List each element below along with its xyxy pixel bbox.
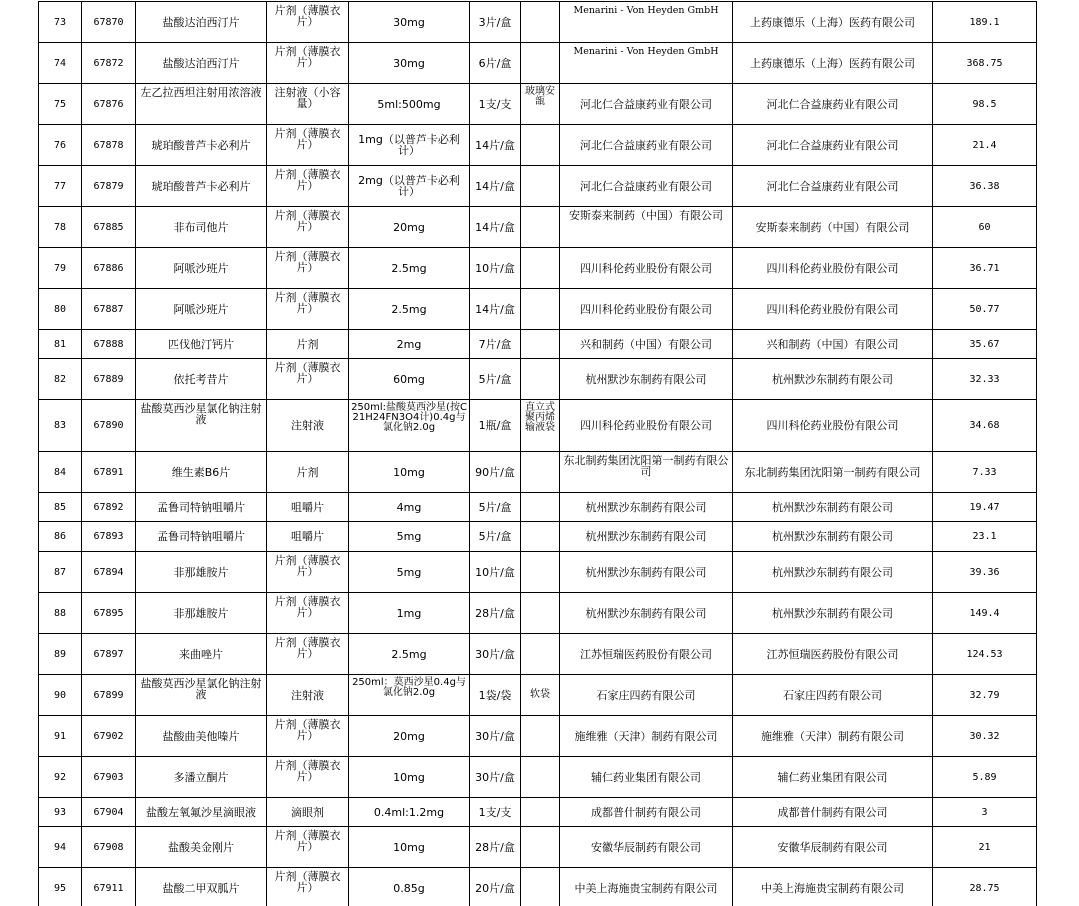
cell-package: 5片/盒 <box>470 493 521 522</box>
cell-drug-code: 67889 <box>82 359 136 400</box>
table-row: 8567892孟鲁司特钠咀嚼片咀嚼片4mg5片/盒杭州默沙东制药有限公司杭州默沙… <box>39 493 1037 522</box>
cell-package-material <box>521 452 560 493</box>
cell-manufacturer: 河北仁合益康药业有限公司 <box>733 166 933 207</box>
table-row: 8367890盐酸莫西沙星氯化钠注射液注射液250ml:盐酸莫西沙星(按C21H… <box>39 400 1037 452</box>
table-row: 9467908盐酸美金刚片片剂（薄膜衣片）10mg28片/盒安徽华辰制药有限公司… <box>39 827 1037 868</box>
cell-drug-name: 左乙拉西坦注射用浓溶液 <box>136 84 267 125</box>
cell-package: 14片/盒 <box>470 207 521 248</box>
cell-row-number: 91 <box>39 716 82 757</box>
cell-specification: 30mg <box>349 2 470 43</box>
cell-dosage-form: 片剂（薄膜衣片） <box>267 359 349 400</box>
cell-manufacturer: 安徽华辰制药有限公司 <box>733 827 933 868</box>
cell-drug-code: 67894 <box>82 552 136 593</box>
cell-price: 21.4 <box>933 125 1037 166</box>
table-row: 7767879琥珀酸普芦卡必利片片剂（薄膜衣片）2mg（以普芦卡必利计）14片/… <box>39 166 1037 207</box>
cell-package-material <box>521 359 560 400</box>
cell-price: 23.1 <box>933 522 1037 552</box>
cell-specification: 2.5mg <box>349 289 470 330</box>
cell-row-number: 89 <box>39 634 82 675</box>
cell-dosage-form: 咀嚼片 <box>267 522 349 552</box>
cell-row-number: 94 <box>39 827 82 868</box>
cell-package-material: 软袋 <box>521 675 560 716</box>
cell-package: 10片/盒 <box>470 552 521 593</box>
table-row: 8267889依托考昔片片剂（薄膜衣片）60mg5片/盒杭州默沙东制药有限公司杭… <box>39 359 1037 400</box>
cell-drug-code: 67902 <box>82 716 136 757</box>
cell-package-material <box>521 248 560 289</box>
cell-drug-name: 盐酸美金刚片 <box>136 827 267 868</box>
cell-drug-code: 67886 <box>82 248 136 289</box>
cell-specification: 1mg（以普芦卡必利计） <box>349 125 470 166</box>
cell-manufacturer: 兴和制药（中国）有限公司 <box>733 330 933 359</box>
cell-applicant-company: 四川科伦药业股份有限公司 <box>560 400 733 452</box>
cell-drug-name: 孟鲁司特钠咀嚼片 <box>136 522 267 552</box>
cell-drug-code: 67872 <box>82 43 136 84</box>
table-row: 7367870盐酸达泊西汀片片剂（薄膜衣片）30mg3片/盒Menarini -… <box>39 2 1037 43</box>
cell-specification: 250ml：莫西沙星0.4g与氯化钠2.0g <box>349 675 470 716</box>
cell-price: 19.47 <box>933 493 1037 522</box>
cell-package-material <box>521 868 560 906</box>
table-row: 8767894非那雄胺片片剂（薄膜衣片）5mg10片/盒杭州默沙东制药有限公司杭… <box>39 552 1037 593</box>
cell-manufacturer: 杭州默沙东制药有限公司 <box>733 552 933 593</box>
cell-package-material <box>521 2 560 43</box>
cell-row-number: 93 <box>39 798 82 827</box>
cell-row-number: 77 <box>39 166 82 207</box>
cell-dosage-form: 片剂（薄膜衣片） <box>267 2 349 43</box>
cell-row-number: 78 <box>39 207 82 248</box>
cell-drug-code: 67887 <box>82 289 136 330</box>
cell-dosage-form: 片剂（薄膜衣片） <box>267 207 349 248</box>
cell-applicant-company: 石家庄四药有限公司 <box>560 675 733 716</box>
cell-package-material: 玻璃安瓿 <box>521 84 560 125</box>
cell-applicant-company: 杭州默沙东制药有限公司 <box>560 593 733 634</box>
cell-specification: 60mg <box>349 359 470 400</box>
cell-drug-name: 阿哌沙班片 <box>136 248 267 289</box>
cell-drug-name: 多潘立酮片 <box>136 757 267 798</box>
cell-row-number: 85 <box>39 493 82 522</box>
cell-drug-code: 67885 <box>82 207 136 248</box>
cell-drug-name: 维生素B6片 <box>136 452 267 493</box>
cell-package-material <box>521 522 560 552</box>
cell-dosage-form: 咀嚼片 <box>267 493 349 522</box>
cell-drug-code: 67890 <box>82 400 136 452</box>
cell-specification: 20mg <box>349 716 470 757</box>
cell-row-number: 95 <box>39 868 82 906</box>
table-row: 7567876左乙拉西坦注射用浓溶液注射液（小容量）5ml:500mg1支/支玻… <box>39 84 1037 125</box>
cell-specification: 5ml:500mg <box>349 84 470 125</box>
cell-manufacturer: 上药康德乐（上海）医药有限公司 <box>733 43 933 84</box>
cell-package-material <box>521 757 560 798</box>
cell-row-number: 87 <box>39 552 82 593</box>
cell-dosage-form: 片剂（薄膜衣片） <box>267 757 349 798</box>
cell-manufacturer: 河北仁合益康药业有限公司 <box>733 84 933 125</box>
cell-applicant-company: 成都普什制药有限公司 <box>560 798 733 827</box>
cell-specification: 2.5mg <box>349 634 470 675</box>
cell-dosage-form: 注射液 <box>267 400 349 452</box>
cell-price: 7.33 <box>933 452 1037 493</box>
table-row: 9567911盐酸二甲双胍片片剂（薄膜衣片）0.85g20片/盒中美上海施贵宝制… <box>39 868 1037 906</box>
table-row: 7467872盐酸达泊西汀片片剂（薄膜衣片）30mg6片/盒Menarini -… <box>39 43 1037 84</box>
cell-dosage-form: 片剂（薄膜衣片） <box>267 827 349 868</box>
cell-row-number: 79 <box>39 248 82 289</box>
cell-package: 14片/盒 <box>470 125 521 166</box>
table-row: 8867895非那雄胺片片剂（薄膜衣片）1mg28片/盒杭州默沙东制药有限公司杭… <box>39 593 1037 634</box>
cell-applicant-company: 江苏恒瑞医药股份有限公司 <box>560 634 733 675</box>
cell-dosage-form: 滴眼剂 <box>267 798 349 827</box>
cell-manufacturer: 杭州默沙东制药有限公司 <box>733 522 933 552</box>
cell-specification: 4mg <box>349 493 470 522</box>
cell-price: 60 <box>933 207 1037 248</box>
cell-applicant-company: 四川科伦药业股份有限公司 <box>560 248 733 289</box>
cell-package-material <box>521 593 560 634</box>
cell-price: 368.75 <box>933 43 1037 84</box>
cell-row-number: 92 <box>39 757 82 798</box>
table-row: 8967897来曲唑片片剂（薄膜衣片）2.5mg30片/盒江苏恒瑞医药股份有限公… <box>39 634 1037 675</box>
cell-price: 39.36 <box>933 552 1037 593</box>
cell-manufacturer: 杭州默沙东制药有限公司 <box>733 493 933 522</box>
cell-drug-code: 67893 <box>82 522 136 552</box>
cell-applicant-company: 河北仁合益康药业有限公司 <box>560 166 733 207</box>
cell-manufacturer: 河北仁合益康药业有限公司 <box>733 125 933 166</box>
cell-drug-code: 67879 <box>82 166 136 207</box>
cell-package-material <box>521 125 560 166</box>
cell-package: 14片/盒 <box>470 166 521 207</box>
cell-dosage-form: 片剂 <box>267 330 349 359</box>
cell-price: 5.89 <box>933 757 1037 798</box>
cell-price: 32.33 <box>933 359 1037 400</box>
table-row: 9267903多潘立酮片片剂（薄膜衣片）10mg30片/盒辅仁药业集团有限公司辅… <box>39 757 1037 798</box>
cell-package: 10片/盒 <box>470 248 521 289</box>
cell-dosage-form: 片剂（薄膜衣片） <box>267 716 349 757</box>
cell-specification: 10mg <box>349 827 470 868</box>
cell-drug-code: 67897 <box>82 634 136 675</box>
cell-row-number: 83 <box>39 400 82 452</box>
cell-drug-code: 67908 <box>82 827 136 868</box>
table-row: 7967886阿哌沙班片片剂（薄膜衣片）2.5mg10片/盒四川科伦药业股份有限… <box>39 248 1037 289</box>
cell-price: 98.5 <box>933 84 1037 125</box>
cell-manufacturer: 施维雅（天津）制药有限公司 <box>733 716 933 757</box>
cell-drug-name: 阿哌沙班片 <box>136 289 267 330</box>
cell-price: 36.38 <box>933 166 1037 207</box>
cell-row-number: 73 <box>39 2 82 43</box>
cell-specification: 5mg <box>349 552 470 593</box>
cell-applicant-company: 东北制药集团沈阳第一制药有限公司 <box>560 452 733 493</box>
cell-applicant-company: 杭州默沙东制药有限公司 <box>560 522 733 552</box>
table-row: 8067887阿哌沙班片片剂（薄膜衣片）2.5mg14片/盒四川科伦药业股份有限… <box>39 289 1037 330</box>
cell-specification: 2mg <box>349 330 470 359</box>
cell-manufacturer: 成都普什制药有限公司 <box>733 798 933 827</box>
cell-package-material <box>521 827 560 868</box>
drug-price-table: 7367870盐酸达泊西汀片片剂（薄膜衣片）30mg3片/盒Menarini -… <box>38 1 1037 906</box>
cell-applicant-company: 安徽华辰制药有限公司 <box>560 827 733 868</box>
cell-drug-name: 盐酸达泊西汀片 <box>136 43 267 84</box>
cell-manufacturer: 东北制药集团沈阳第一制药有限公司 <box>733 452 933 493</box>
cell-package-material <box>521 798 560 827</box>
cell-price: 28.75 <box>933 868 1037 906</box>
table-row: 9167902盐酸曲美他嗪片片剂（薄膜衣片）20mg30片/盒施维雅（天津）制药… <box>39 716 1037 757</box>
cell-manufacturer: 江苏恒瑞医药股份有限公司 <box>733 634 933 675</box>
cell-price: 36.71 <box>933 248 1037 289</box>
cell-applicant-company: 辅仁药业集团有限公司 <box>560 757 733 798</box>
cell-drug-name: 孟鲁司特钠咀嚼片 <box>136 493 267 522</box>
cell-applicant-company: 四川科伦药业股份有限公司 <box>560 289 733 330</box>
cell-row-number: 81 <box>39 330 82 359</box>
cell-package: 1支/支 <box>470 798 521 827</box>
cell-price: 124.53 <box>933 634 1037 675</box>
cell-package: 28片/盒 <box>470 827 521 868</box>
cell-drug-name: 来曲唑片 <box>136 634 267 675</box>
cell-drug-name: 盐酸达泊西汀片 <box>136 2 267 43</box>
cell-package-material <box>521 552 560 593</box>
cell-package: 1瓶/盒 <box>470 400 521 452</box>
cell-drug-name: 琥珀酸普芦卡必利片 <box>136 125 267 166</box>
cell-package: 30片/盒 <box>470 634 521 675</box>
cell-applicant-company: 兴和制药（中国）有限公司 <box>560 330 733 359</box>
cell-manufacturer: 四川科伦药业股份有限公司 <box>733 400 933 452</box>
cell-price: 32.79 <box>933 675 1037 716</box>
cell-applicant-company: 河北仁合益康药业有限公司 <box>560 125 733 166</box>
table-row: 7867885非布司他片片剂（薄膜衣片）20mg14片/盒安斯泰来制药（中国）有… <box>39 207 1037 248</box>
cell-drug-code: 67878 <box>82 125 136 166</box>
cell-package-material <box>521 289 560 330</box>
cell-price: 189.1 <box>933 2 1037 43</box>
cell-specification: 250ml:盐酸莫西沙星(按C21H24FN3O4计)0.4g与氯化钠2.0g <box>349 400 470 452</box>
cell-manufacturer: 石家庄四药有限公司 <box>733 675 933 716</box>
cell-package: 1支/支 <box>470 84 521 125</box>
cell-package: 6片/盒 <box>470 43 521 84</box>
cell-dosage-form: 片剂 <box>267 452 349 493</box>
cell-manufacturer: 辅仁药业集团有限公司 <box>733 757 933 798</box>
cell-price: 30.32 <box>933 716 1037 757</box>
cell-applicant-company: 施维雅（天津）制药有限公司 <box>560 716 733 757</box>
cell-drug-name: 非那雄胺片 <box>136 552 267 593</box>
cell-specification: 5mg <box>349 522 470 552</box>
cell-package: 30片/盒 <box>470 716 521 757</box>
cell-package: 5片/盒 <box>470 522 521 552</box>
cell-dosage-form: 片剂（薄膜衣片） <box>267 248 349 289</box>
cell-package: 20片/盒 <box>470 868 521 906</box>
cell-manufacturer: 安斯泰来制药（中国）有限公司 <box>733 207 933 248</box>
cell-specification: 2mg（以普芦卡必利计） <box>349 166 470 207</box>
cell-drug-code: 67899 <box>82 675 136 716</box>
cell-package-material <box>521 207 560 248</box>
cell-package: 28片/盒 <box>470 593 521 634</box>
cell-package: 30片/盒 <box>470 757 521 798</box>
cell-drug-name: 盐酸二甲双胍片 <box>136 868 267 906</box>
cell-row-number: 84 <box>39 452 82 493</box>
cell-drug-code: 67892 <box>82 493 136 522</box>
table-row: 9367904盐酸左氧氟沙星滴眼液滴眼剂0.4ml:1.2mg1支/支成都普什制… <box>39 798 1037 827</box>
table-row: 8467891维生素B6片片剂10mg90片/盒东北制药集团沈阳第一制药有限公司… <box>39 452 1037 493</box>
cell-dosage-form: 片剂（薄膜衣片） <box>267 43 349 84</box>
cell-drug-code: 67911 <box>82 868 136 906</box>
cell-specification: 0.85g <box>349 868 470 906</box>
table-row: 9067899盐酸莫西沙星氯化钠注射液注射液250ml：莫西沙星0.4g与氯化钠… <box>39 675 1037 716</box>
cell-package: 90片/盒 <box>470 452 521 493</box>
cell-manufacturer: 四川科伦药业股份有限公司 <box>733 248 933 289</box>
cell-dosage-form: 注射液（小容量） <box>267 84 349 125</box>
cell-price: 35.67 <box>933 330 1037 359</box>
cell-applicant-company: 杭州默沙东制药有限公司 <box>560 359 733 400</box>
cell-row-number: 80 <box>39 289 82 330</box>
cell-drug-name: 匹伐他汀钙片 <box>136 330 267 359</box>
cell-package-material <box>521 43 560 84</box>
cell-dosage-form: 片剂（薄膜衣片） <box>267 289 349 330</box>
cell-package-material <box>521 634 560 675</box>
cell-drug-name: 依托考昔片 <box>136 359 267 400</box>
cell-drug-code: 67903 <box>82 757 136 798</box>
cell-drug-code: 67904 <box>82 798 136 827</box>
cell-applicant-company: 安斯泰来制药（中国）有限公司 <box>560 207 733 248</box>
cell-row-number: 88 <box>39 593 82 634</box>
cell-package: 5片/盒 <box>470 359 521 400</box>
cell-package: 1袋/袋 <box>470 675 521 716</box>
cell-row-number: 74 <box>39 43 82 84</box>
cell-applicant-company: 河北仁合益康药业有限公司 <box>560 84 733 125</box>
cell-price: 34.68 <box>933 400 1037 452</box>
table-body: 7367870盐酸达泊西汀片片剂（薄膜衣片）30mg3片/盒Menarini -… <box>39 2 1037 906</box>
cell-drug-name: 非布司他片 <box>136 207 267 248</box>
cell-specification: 20mg <box>349 207 470 248</box>
cell-dosage-form: 片剂（薄膜衣片） <box>267 634 349 675</box>
cell-row-number: 76 <box>39 125 82 166</box>
cell-specification: 10mg <box>349 757 470 798</box>
cell-applicant-company: 中美上海施贵宝制药有限公司 <box>560 868 733 906</box>
cell-manufacturer: 四川科伦药业股份有限公司 <box>733 289 933 330</box>
cell-price: 3 <box>933 798 1037 827</box>
table-row: 7667878琥珀酸普芦卡必利片片剂（薄膜衣片）1mg（以普芦卡必利计）14片/… <box>39 125 1037 166</box>
cell-applicant-company: 杭州默沙东制药有限公司 <box>560 493 733 522</box>
cell-drug-code: 67876 <box>82 84 136 125</box>
cell-applicant-company: 杭州默沙东制药有限公司 <box>560 552 733 593</box>
cell-specification: 1mg <box>349 593 470 634</box>
cell-package-material <box>521 716 560 757</box>
cell-drug-name: 琥珀酸普芦卡必利片 <box>136 166 267 207</box>
table-row: 8667893孟鲁司特钠咀嚼片咀嚼片5mg5片/盒杭州默沙东制药有限公司杭州默沙… <box>39 522 1037 552</box>
cell-row-number: 90 <box>39 675 82 716</box>
cell-manufacturer: 上药康德乐（上海）医药有限公司 <box>733 2 933 43</box>
cell-drug-code: 67888 <box>82 330 136 359</box>
cell-row-number: 82 <box>39 359 82 400</box>
cell-drug-name: 非那雄胺片 <box>136 593 267 634</box>
cell-package: 7片/盒 <box>470 330 521 359</box>
cell-package-material <box>521 493 560 522</box>
cell-manufacturer: 杭州默沙东制药有限公司 <box>733 593 933 634</box>
cell-dosage-form: 片剂（薄膜衣片） <box>267 552 349 593</box>
cell-specification: 30mg <box>349 43 470 84</box>
cell-package-material <box>521 330 560 359</box>
cell-drug-code: 67895 <box>82 593 136 634</box>
cell-drug-name: 盐酸曲美他嗪片 <box>136 716 267 757</box>
cell-drug-code: 67870 <box>82 2 136 43</box>
cell-drug-name: 盐酸莫西沙星氯化钠注射液 <box>136 400 267 452</box>
cell-price: 50.77 <box>933 289 1037 330</box>
cell-price: 149.4 <box>933 593 1037 634</box>
cell-manufacturer: 中美上海施贵宝制药有限公司 <box>733 868 933 906</box>
cell-dosage-form: 片剂（薄膜衣片） <box>267 868 349 906</box>
cell-applicant-company: Menarini - Von Heyden GmbH <box>560 43 733 84</box>
cell-dosage-form: 注射液 <box>267 675 349 716</box>
cell-dosage-form: 片剂（薄膜衣片） <box>267 166 349 207</box>
cell-price: 21 <box>933 827 1037 868</box>
cell-applicant-company: Menarini - Von Heyden GmbH <box>560 2 733 43</box>
cell-package-material <box>521 166 560 207</box>
cell-drug-code: 67891 <box>82 452 136 493</box>
cell-package: 14片/盒 <box>470 289 521 330</box>
cell-drug-name: 盐酸左氧氟沙星滴眼液 <box>136 798 267 827</box>
cell-manufacturer: 杭州默沙东制药有限公司 <box>733 359 933 400</box>
cell-row-number: 75 <box>39 84 82 125</box>
table-row: 8167888匹伐他汀钙片片剂2mg7片/盒兴和制药（中国）有限公司兴和制药（中… <box>39 330 1037 359</box>
cell-drug-name: 盐酸莫西沙星氯化钠注射液 <box>136 675 267 716</box>
cell-specification: 0.4ml:1.2mg <box>349 798 470 827</box>
cell-specification: 10mg <box>349 452 470 493</box>
cell-row-number: 86 <box>39 522 82 552</box>
cell-dosage-form: 片剂（薄膜衣片） <box>267 125 349 166</box>
cell-package: 3片/盒 <box>470 2 521 43</box>
cell-dosage-form: 片剂（薄膜衣片） <box>267 593 349 634</box>
cell-package-material: 直立式聚丙烯输液袋 <box>521 400 560 452</box>
cell-specification: 2.5mg <box>349 248 470 289</box>
